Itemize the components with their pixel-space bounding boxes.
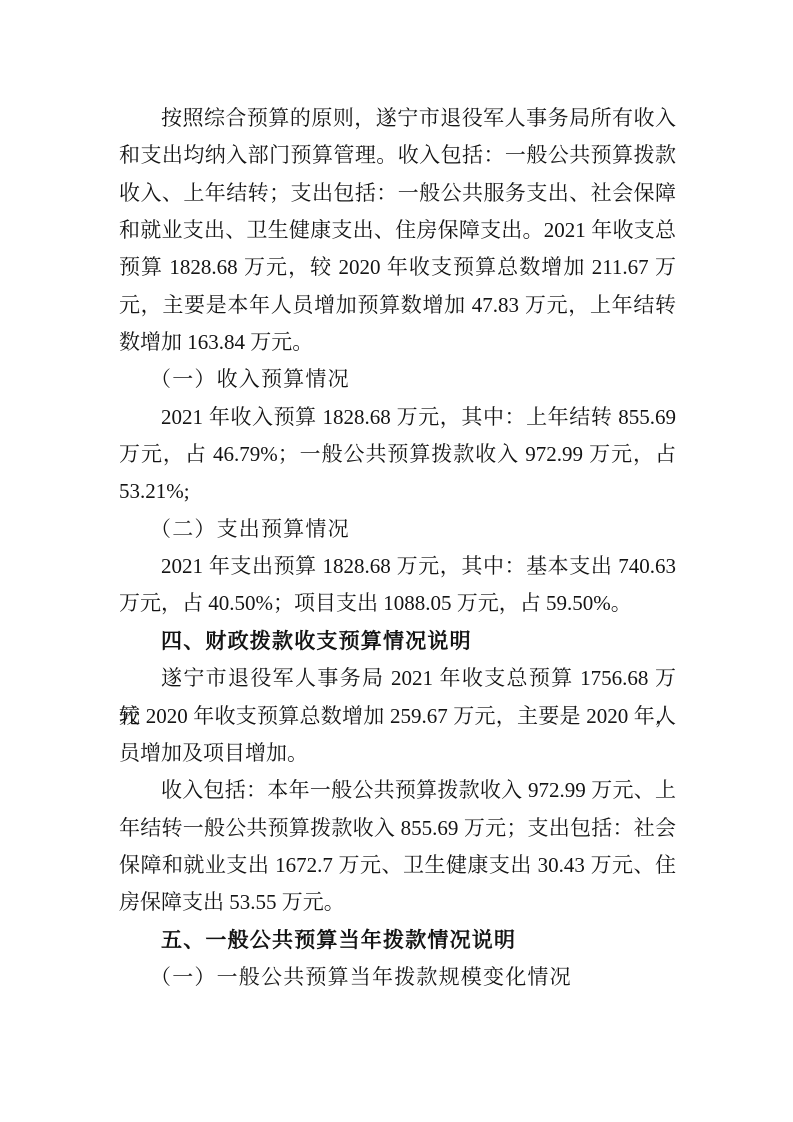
section-heading-5: 五、一般公共预算当年拨款情况说明 [119,922,676,959]
paragraph-fiscal-breakdown: 收入包括：本年一般公共预算拨款收入 972.99 万元、上 年结转一般公共预算拨… [119,772,676,921]
text-line: 年结转一般公共预算拨款收入 855.69 万元；支出包括：社会 [119,810,676,847]
paragraph-income-detail: 2021 年收入预算 1828.68 万元，其中：上年结转 855.69 万元，… [119,399,676,511]
text-line: 较 2020 年收支预算总数增加 259.67 万元，主要是 2020 年人 [119,698,676,735]
heading-line: 四、财政拨款收支预算情况说明 [119,623,676,660]
text-line: 收入包括：本年一般公共预算拨款收入 972.99 万元、上 [119,772,676,809]
text-line: 员增加及项目增加。 [119,735,676,772]
subheading-line: （一）收入预算情况 [119,361,676,398]
text-line: 收入、上年结转；支出包括：一般公共服务支出、社会保障 [119,175,676,212]
section-heading-4: 四、财政拨款收支预算情况说明 [119,623,676,660]
document-page: 按照综合预算的原则，遂宁市退役军人事务局所有收入 和支出均纳入部门预算管理。收入… [0,0,793,1122]
document-content: 按照综合预算的原则，遂宁市退役军人事务局所有收入 和支出均纳入部门预算管理。收入… [119,100,676,996]
text-line: 2021 年支出预算 1828.68 万元，其中：基本支出 740.63 [119,548,676,585]
subheading-appropriation-scale-change: （一）一般公共预算当年拨款规模变化情况 [119,959,676,996]
paragraph-fiscal-total: 遂宁市退役军人事务局 2021 年收支总预算 1756.68 万元， 较 202… [119,660,676,772]
text-line: 53.21%; [119,473,676,510]
text-line: 和支出均纳入部门预算管理。收入包括：一般公共预算拨款 [119,137,676,174]
text-line: 万元，占 46.79%；一般公共预算拨款收入 972.99 万元，占 [119,436,676,473]
text-line: 保障和就业支出 1672.7 万元、卫生健康支出 30.43 万元、住 [119,847,676,884]
text-line: 2021 年收入预算 1828.68 万元，其中：上年结转 855.69 [119,399,676,436]
paragraph-expenditure-detail: 2021 年支出预算 1828.68 万元，其中：基本支出 740.63 万元，… [119,548,676,623]
text-line: 万元，占 40.50%；项目支出 1088.05 万元，占 59.50%。 [119,585,676,622]
subheading-expenditure-budget: （二）支出预算情况 [119,511,676,548]
text-line: 按照综合预算的原则，遂宁市退役军人事务局所有收入 [119,100,676,137]
heading-line: 五、一般公共预算当年拨款情况说明 [119,922,676,959]
subheading-income-budget: （一）收入预算情况 [119,361,676,398]
text-line: 数增加 163.84 万元。 [119,324,676,361]
text-line: 预算 1828.68 万元，较 2020 年收支预算总数增加 211.67 万 [119,249,676,286]
text-line: 房保障支出 53.55 万元。 [119,884,676,921]
subheading-line: （二）支出预算情况 [119,511,676,548]
subheading-line: （一）一般公共预算当年拨款规模变化情况 [119,959,676,996]
text-line: 和就业支出、卫生健康支出、住房保障支出。2021 年收支总 [119,212,676,249]
text-line: 遂宁市退役军人事务局 2021 年收支总预算 1756.68 万元， [119,660,676,697]
text-line: 元，主要是本年人员增加预算数增加 47.83 万元，上年结转 [119,287,676,324]
paragraph-overview: 按照综合预算的原则，遂宁市退役军人事务局所有收入 和支出均纳入部门预算管理。收入… [119,100,676,361]
